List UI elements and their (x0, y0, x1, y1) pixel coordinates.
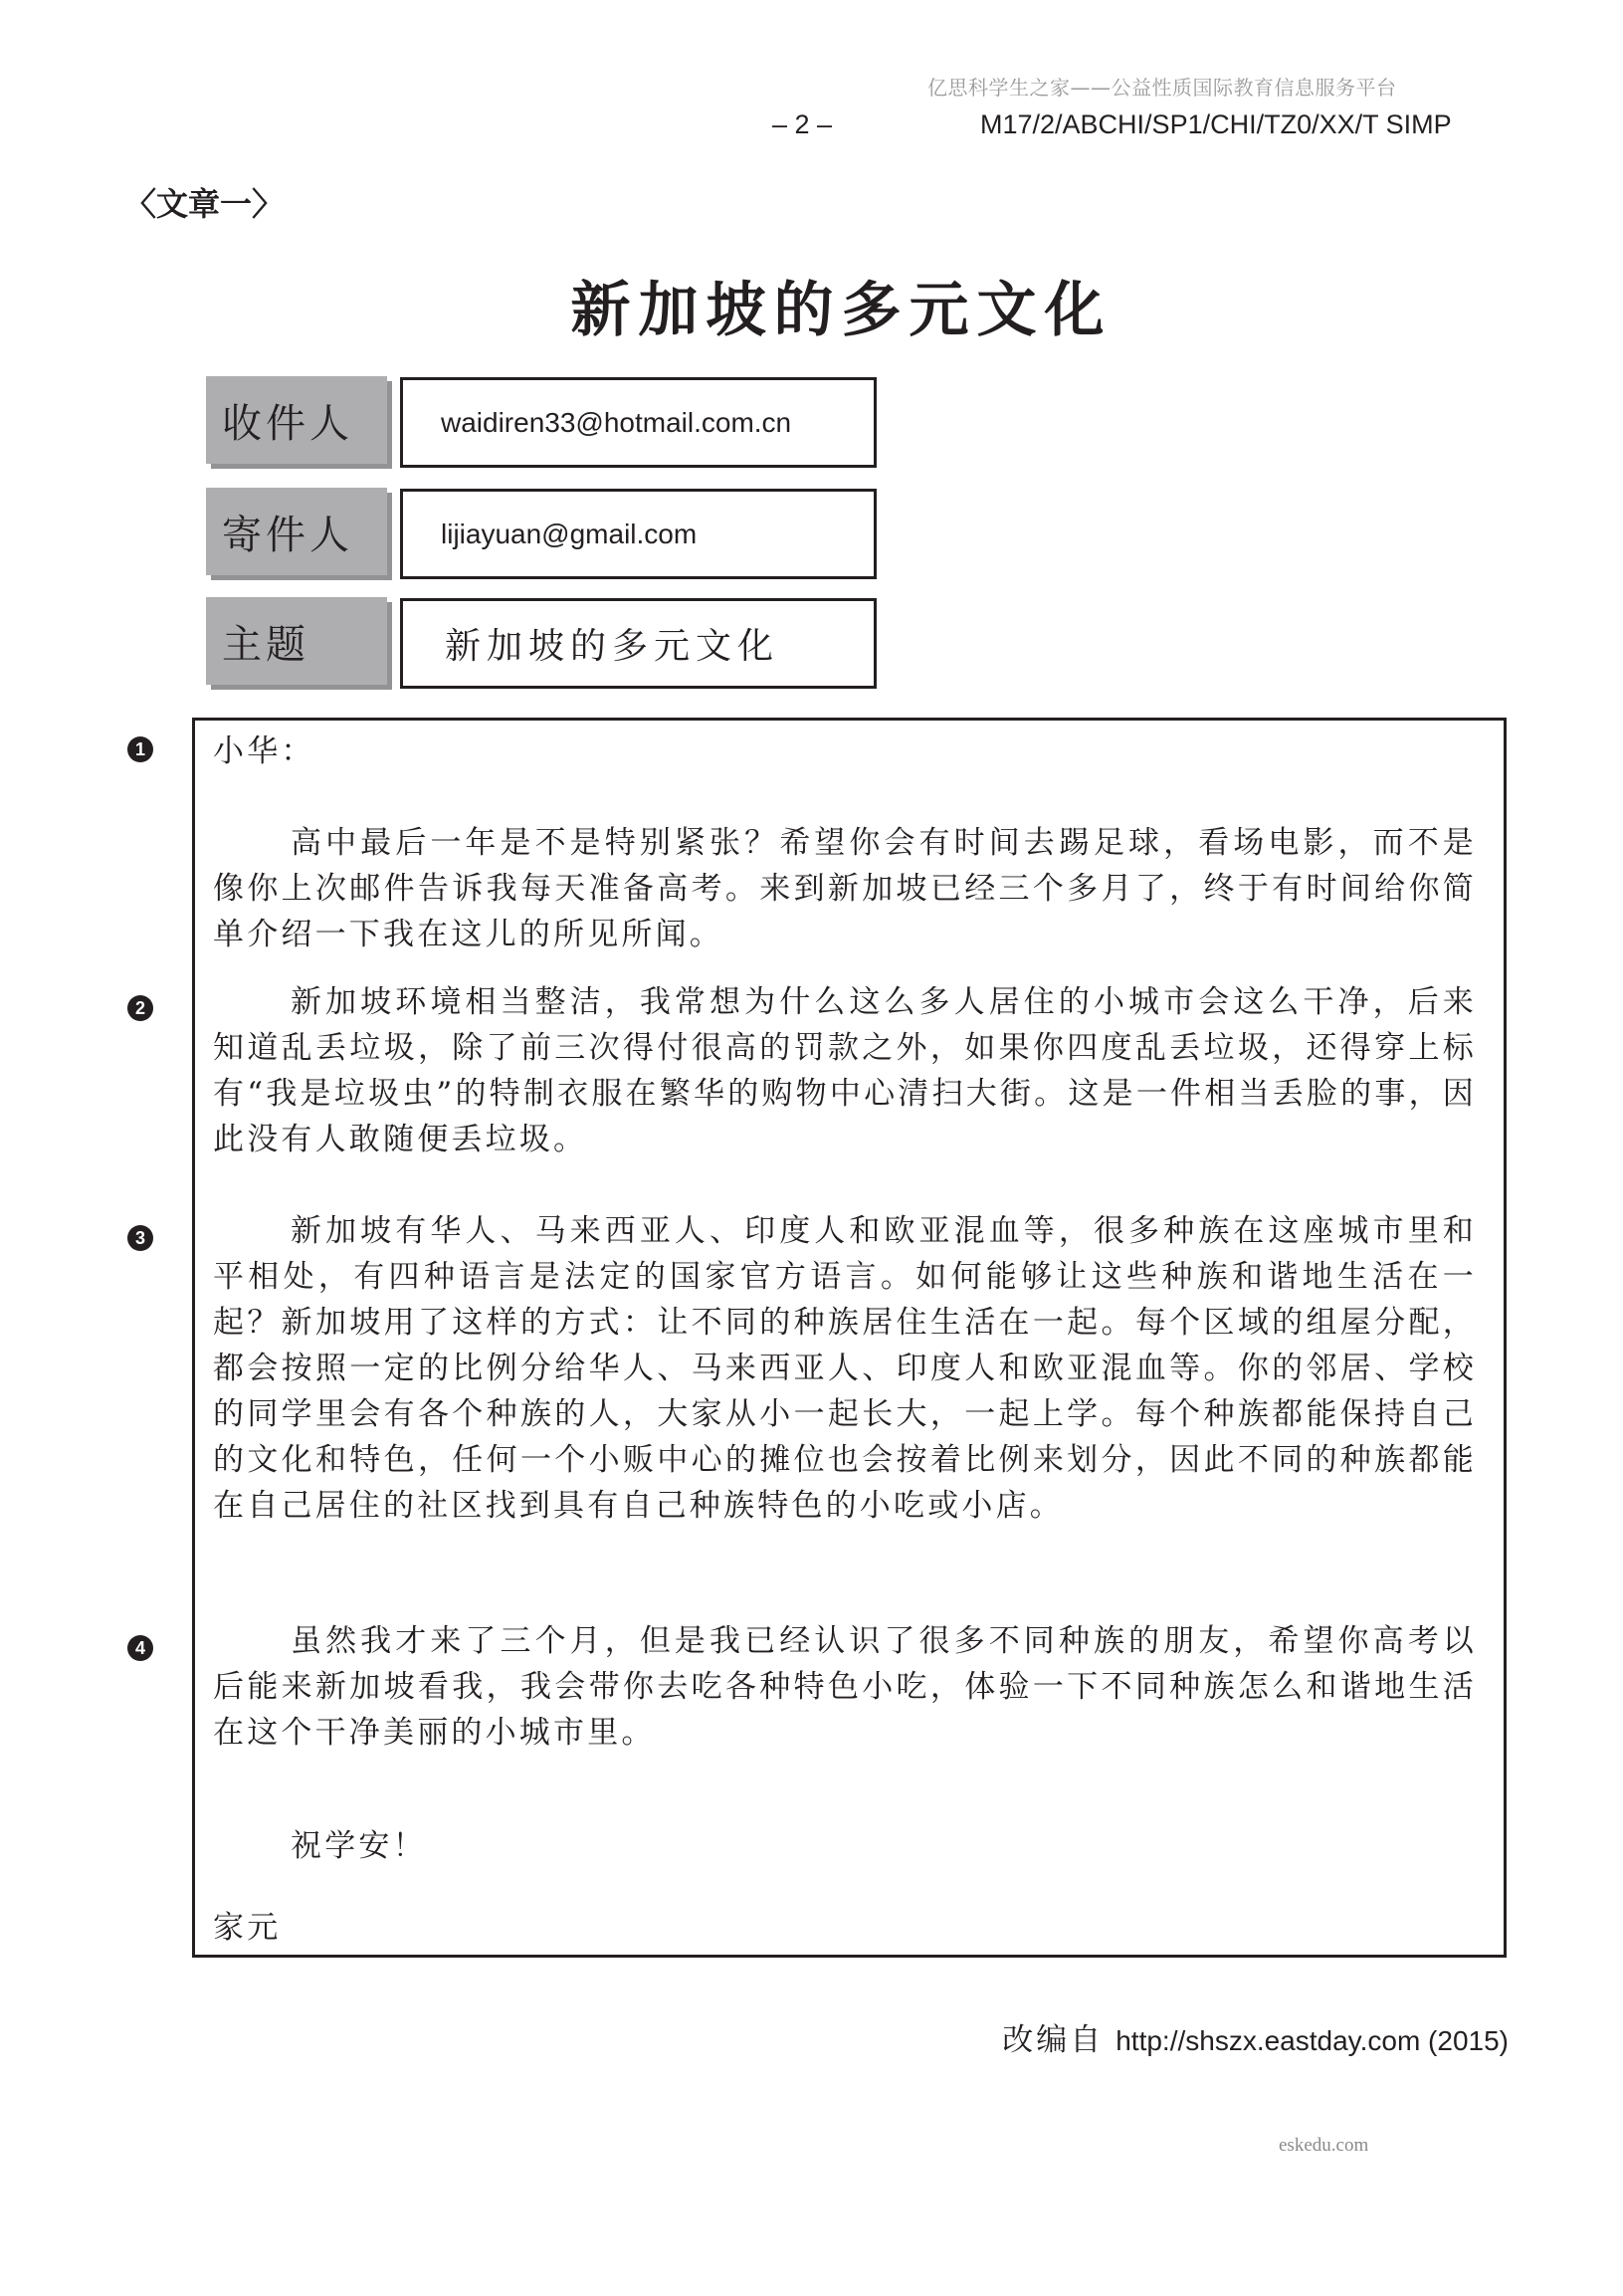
sender-value: lijiayuan@gmail.com (400, 489, 877, 579)
watermark-top: 亿思科学生之家——公益性质国际教育信息服务平台 (927, 72, 1397, 101)
paragraph-marker-1: 1 (127, 736, 153, 762)
sender-label: 寄件人 (206, 488, 387, 575)
email-field-sender: 寄件人 lijiayuan@gmail.com (206, 488, 878, 579)
subject-value: 新加坡的多元文化 (400, 598, 877, 689)
recipient-label: 收件人 (206, 376, 387, 464)
source-url: http://shszx.eastday.com (2015) (1116, 2025, 1509, 2057)
section-label: 〈文章一〉 (124, 179, 284, 225)
page-title: 新加坡的多元文化 (0, 263, 1623, 348)
letter-paragraph-4: 虽然我才来了三个月，但是我已经认识了很多不同种族的朋友，希望你高考以后能来新加坡… (213, 1618, 1477, 1756)
letter-body: 小华： 高中最后一年是不是特别紧张？希望你会有时间去踢足球，看场电影，而不是像你… (192, 718, 1507, 1958)
watermark-bottom: eskedu.com (1279, 2135, 1368, 2157)
letter-paragraph-2: 新加坡环境相当整洁，我常想为什么这么多人居住的小城市会这么干净，后来知道乱丢垃圾… (213, 979, 1477, 1162)
page-number: – 2 – (772, 109, 832, 140)
email-field-recipient: 收件人 waidiren33@hotmail.com.cn (206, 376, 878, 468)
source-prefix: 改编自 (1002, 2014, 1104, 2059)
paragraph-marker-2: 2 (127, 995, 153, 1021)
letter-signature: 家元 (213, 1905, 1477, 1951)
letter-paragraph-1: 高中最后一年是不是特别紧张？希望你会有时间去踢足球，看场电影，而不是像你上次邮件… (213, 820, 1477, 957)
recipient-value: waidiren33@hotmail.com.cn (400, 377, 877, 468)
letter-paragraph-3: 新加坡有华人、马来西亚人、印度人和欧亚混血等，很多种族在这座城市里和平相处，有四… (213, 1208, 1477, 1529)
document-code: M17/2/ABCHI/SP1/CHI/TZ0/XX/T SIMP (980, 109, 1452, 140)
letter-closing: 祝学安！ (213, 1823, 1477, 1869)
paragraph-marker-4: 4 (127, 1635, 153, 1661)
paragraph-marker-3: 3 (127, 1225, 153, 1251)
email-field-subject: 主题 新加坡的多元文化 (206, 597, 878, 689)
letter-salutation: 小华： (213, 729, 1477, 774)
source-citation: 改编自 http://shszx.eastday.com (2015) (1002, 2014, 1509, 2059)
subject-label: 主题 (206, 597, 387, 685)
